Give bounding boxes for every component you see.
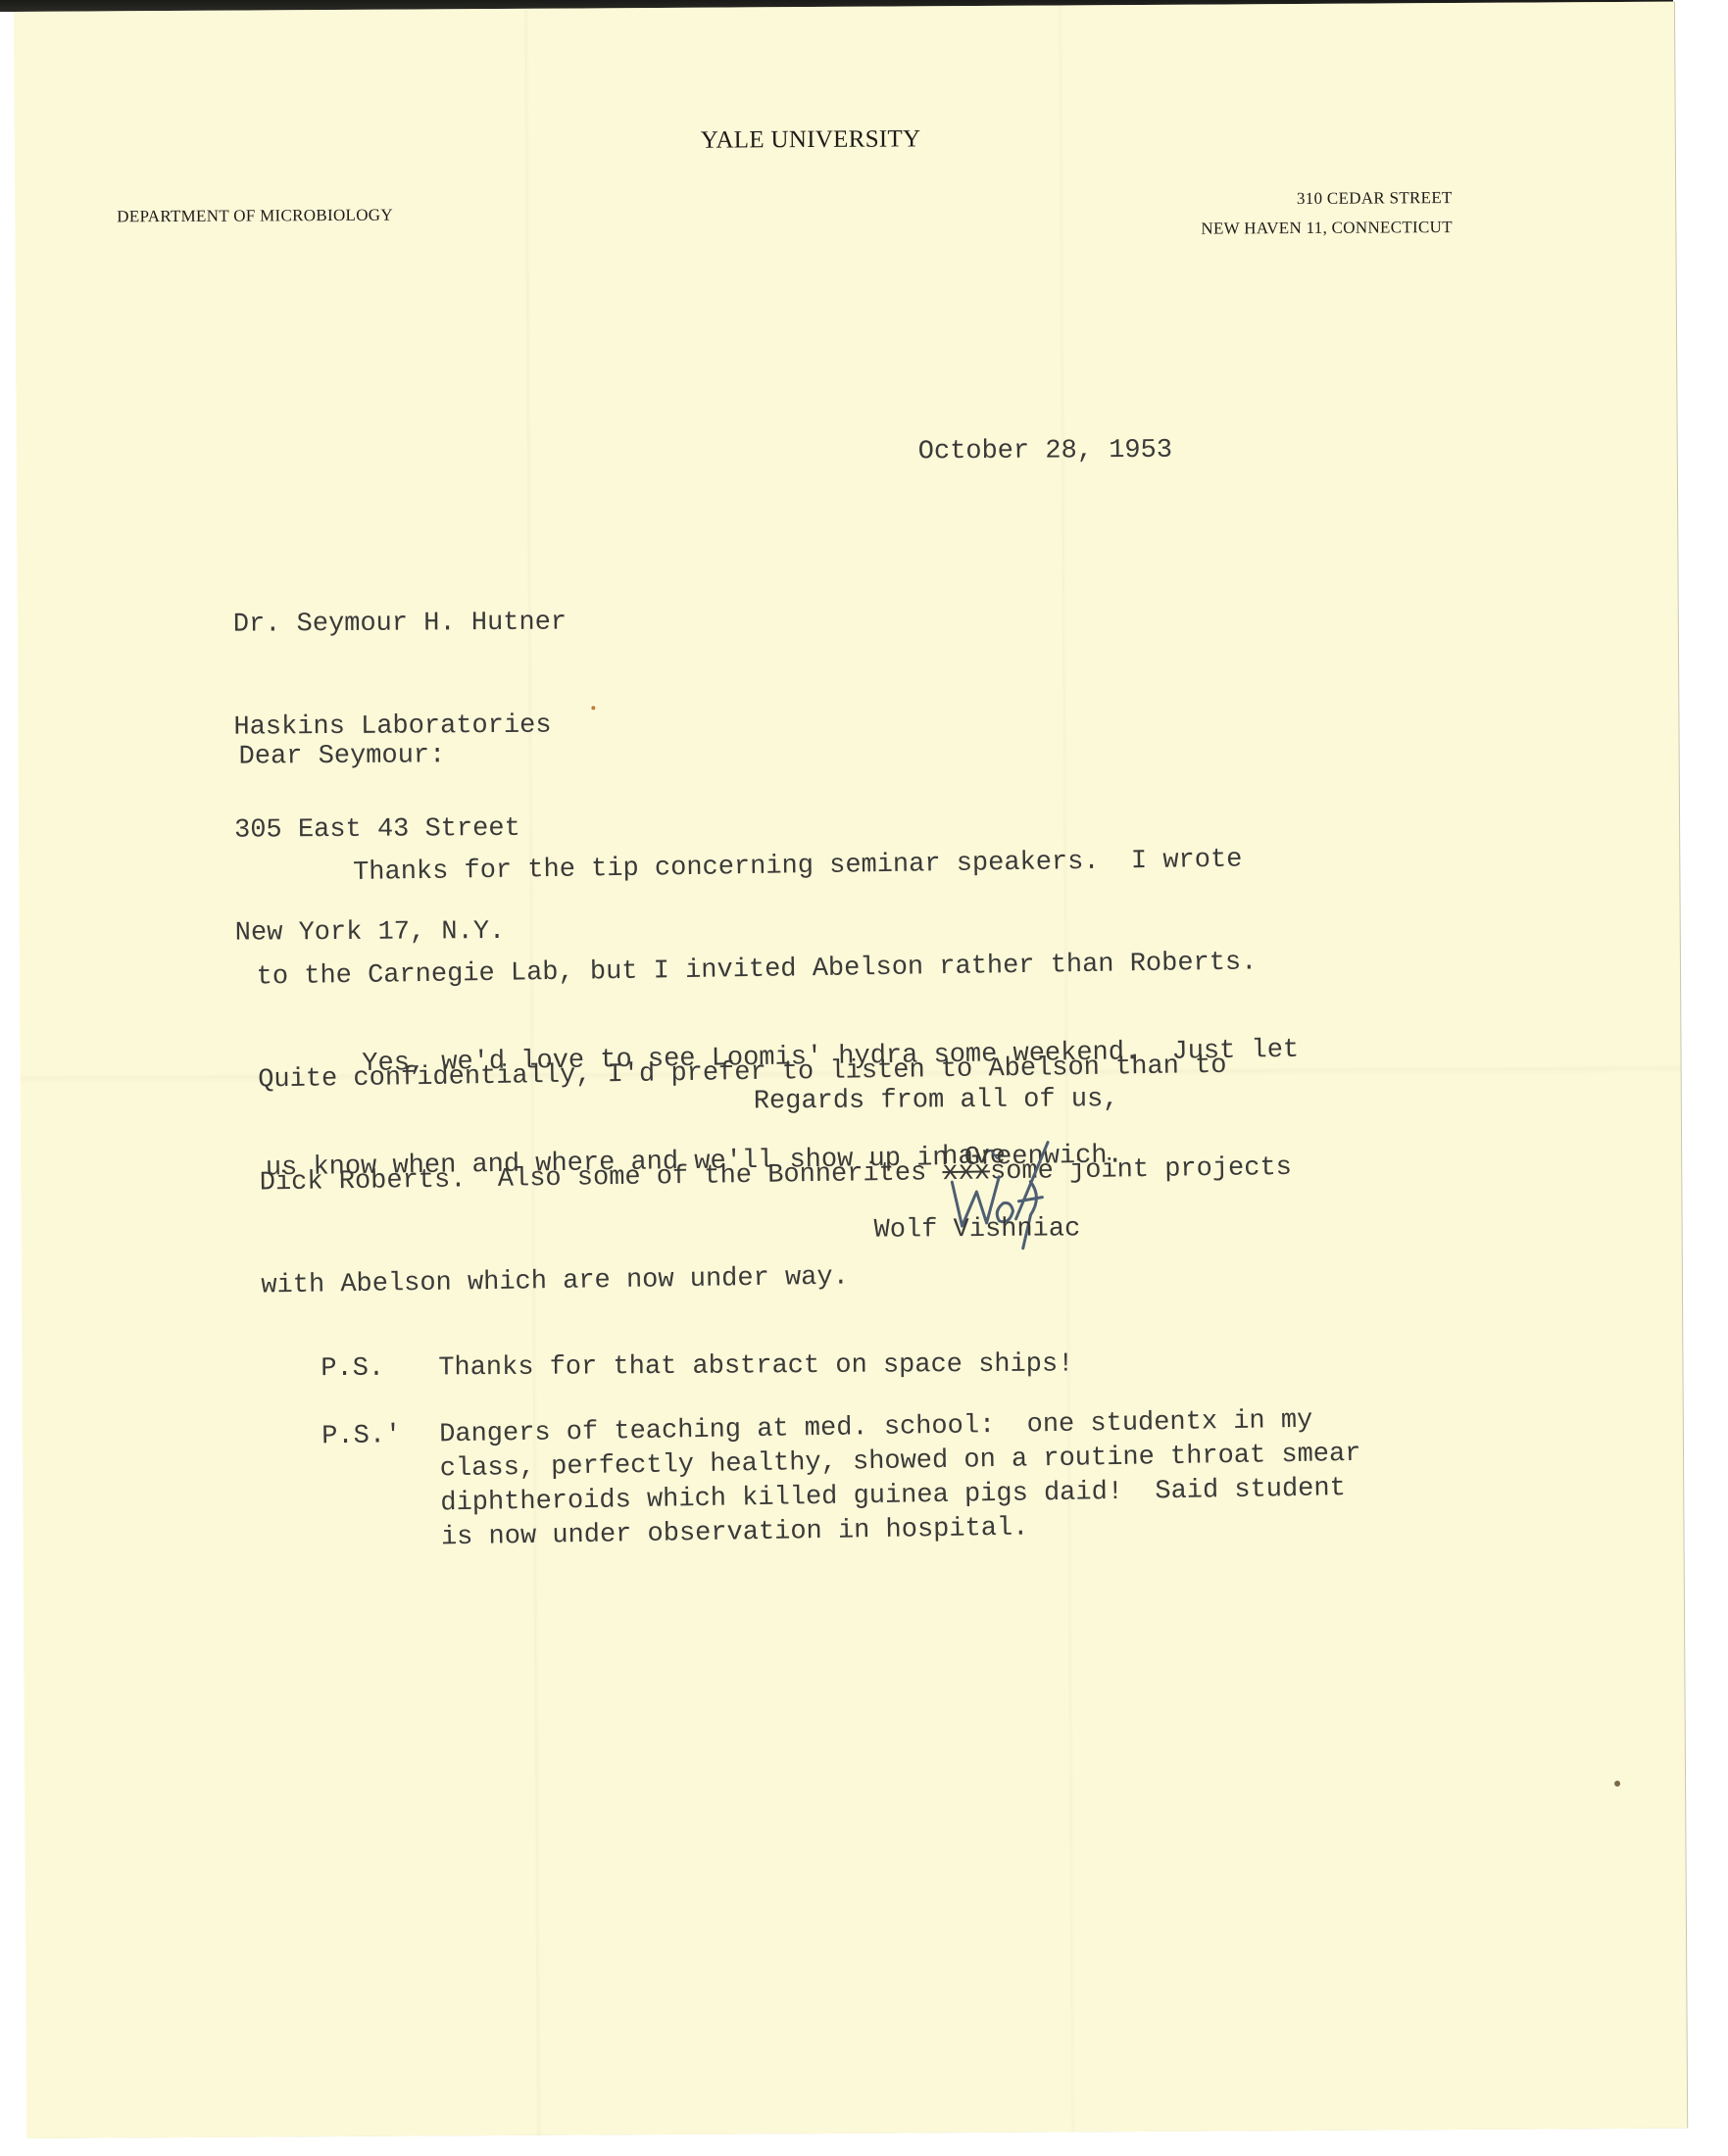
- line-text: Yes, we'd love to see Loomis' hydra some…: [362, 1036, 1299, 1079]
- indent: [264, 1070, 362, 1071]
- letter-date: October 28, 1953: [918, 434, 1172, 470]
- ps-body: Dangers of teaching at med. school: one …: [439, 1403, 1362, 1556]
- paragraph-line: Thanks for the tip concerning seminar sp…: [255, 843, 1288, 893]
- paper-spot: [591, 706, 595, 710]
- letterhead-street: 310 CEDAR STREET: [1220, 183, 1453, 214]
- letterhead-city: NEW HAVEN 11, CONNECTICUT: [1201, 213, 1453, 244]
- letterhead-institution: YALE UNIVERSITY: [701, 125, 921, 154]
- letter-page: YALE UNIVERSITY DEPARTMENT OF MICROBIOLO…: [14, 2, 1687, 2138]
- indent: [255, 879, 353, 880]
- postscript-2: P.S.'Dangers of teaching at med. school:…: [258, 1369, 1363, 1593]
- addressee-line: Dr. Seymour H. Hutner: [233, 607, 567, 643]
- signer-name: Wolf Vishniac: [874, 1212, 1081, 1248]
- letterhead-department: DEPARTMENT OF MICROBIOLOGY: [117, 206, 393, 227]
- salutation: Dear Seymour:: [239, 739, 446, 774]
- paper-spot: [1614, 1781, 1620, 1787]
- paragraph-line: Yes, we'd love to see Loomis' hydra some…: [264, 1034, 1299, 1084]
- paragraph-line: with Abelson which are now under way.: [261, 1254, 1294, 1304]
- ps-label: P.S.': [321, 1418, 440, 1454]
- letterhead-address: 310 CEDAR STREET NEW HAVEN 11, CONNECTIC…: [1220, 183, 1453, 243]
- closing: Regards from all of us,: [754, 1083, 1119, 1119]
- paragraph-line: us know when and where and we'll show up…: [266, 1137, 1301, 1187]
- ps-label: P.S.: [321, 1351, 438, 1387]
- line-text: Thanks for the tip concerning seminar sp…: [353, 846, 1243, 888]
